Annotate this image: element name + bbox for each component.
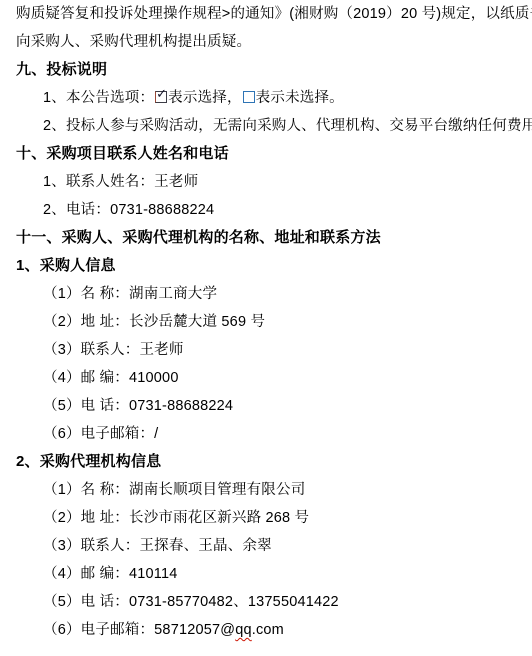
list-item-purchaser-phone: （5）电 话：0731-88688224 <box>16 392 526 420</box>
list-item-agency-contact: （3）联系人：王探春、王晶、余翠 <box>16 532 526 560</box>
section-heading-project-contact: 十、采购项目联系人姓名和电话 <box>16 140 526 168</box>
section-heading-purchaser-agency-info: 十一、采购人、采购代理机构的名称、地址和联系方法 <box>16 224 526 252</box>
list-item-contact-name: 1、联系人姓名：王老师 <box>16 168 526 196</box>
checked-checkbox-icon: ✓ <box>155 91 167 103</box>
unchecked-checkbox-label: 表示未选择。 <box>256 90 344 106</box>
list-item-contact-phone: 2、电话：0731-88688224 <box>16 196 526 224</box>
section-heading-bidding-notes: 九、投标说明 <box>16 56 526 84</box>
list-item-purchaser-contact: （3）联系人：王老师 <box>16 336 526 364</box>
intro-paragraph-line: 购质疑答复和投诉处理操作规程>的通知》(湘财购（2019）20 号)规定，以纸质… <box>16 0 526 28</box>
agency-email-suffix: .com <box>252 622 284 638</box>
list-item-checkbox-legend: 1、本公告选项：✓表示选择，表示未选择。 <box>16 84 526 112</box>
list-item-agency-email: （6）电子邮箱：58712057@qq.com <box>16 616 526 644</box>
list-item-agency-phone: （5）电 话：0731-85770482、13755041422 <box>16 588 526 616</box>
list-item-agency-name: （1）名 称：湖南长顺项目管理有限公司 <box>16 476 526 504</box>
agency-email-prefix: （6）电子邮箱：58712057@ <box>43 622 235 638</box>
document-page: 购质疑答复和投诉处理操作规程>的通知》(湘财购（2019）20 号)规定，以纸质… <box>0 0 532 644</box>
subsection-heading-purchaser-info: 1、采购人信息 <box>16 252 526 280</box>
list-item-purchaser-email: （6）电子邮箱：/ <box>16 420 526 448</box>
list-item-purchaser-address: （2）地 址：长沙岳麓大道 569 号 <box>16 308 526 336</box>
agency-email-spellcheck-flagged: qq <box>235 622 252 638</box>
list-item-purchaser-postcode: （4）邮 编：410000 <box>16 364 526 392</box>
subsection-heading-agency-info: 2、采购代理机构信息 <box>16 448 526 476</box>
list-item: 2、投标人参与采购活动，无需向采购人、代理机构、交易平台缴纳任何费用。 <box>16 112 526 140</box>
list-item-agency-address: （2）地 址：长沙市雨花区新兴路 268 号 <box>16 504 526 532</box>
checkbox-legend-prefix: 1、本公告选项： <box>43 90 154 106</box>
check-mark-icon: ✓ <box>156 87 167 100</box>
list-item-purchaser-name: （1）名 称：湖南工商大学 <box>16 280 526 308</box>
intro-paragraph-line: 向采购人、采购代理机构提出质疑。 <box>16 28 526 56</box>
unchecked-checkbox-icon <box>243 91 255 103</box>
list-item-agency-postcode: （4）邮 编：410114 <box>16 560 526 588</box>
checked-checkbox-label: 表示选择， <box>168 90 242 106</box>
